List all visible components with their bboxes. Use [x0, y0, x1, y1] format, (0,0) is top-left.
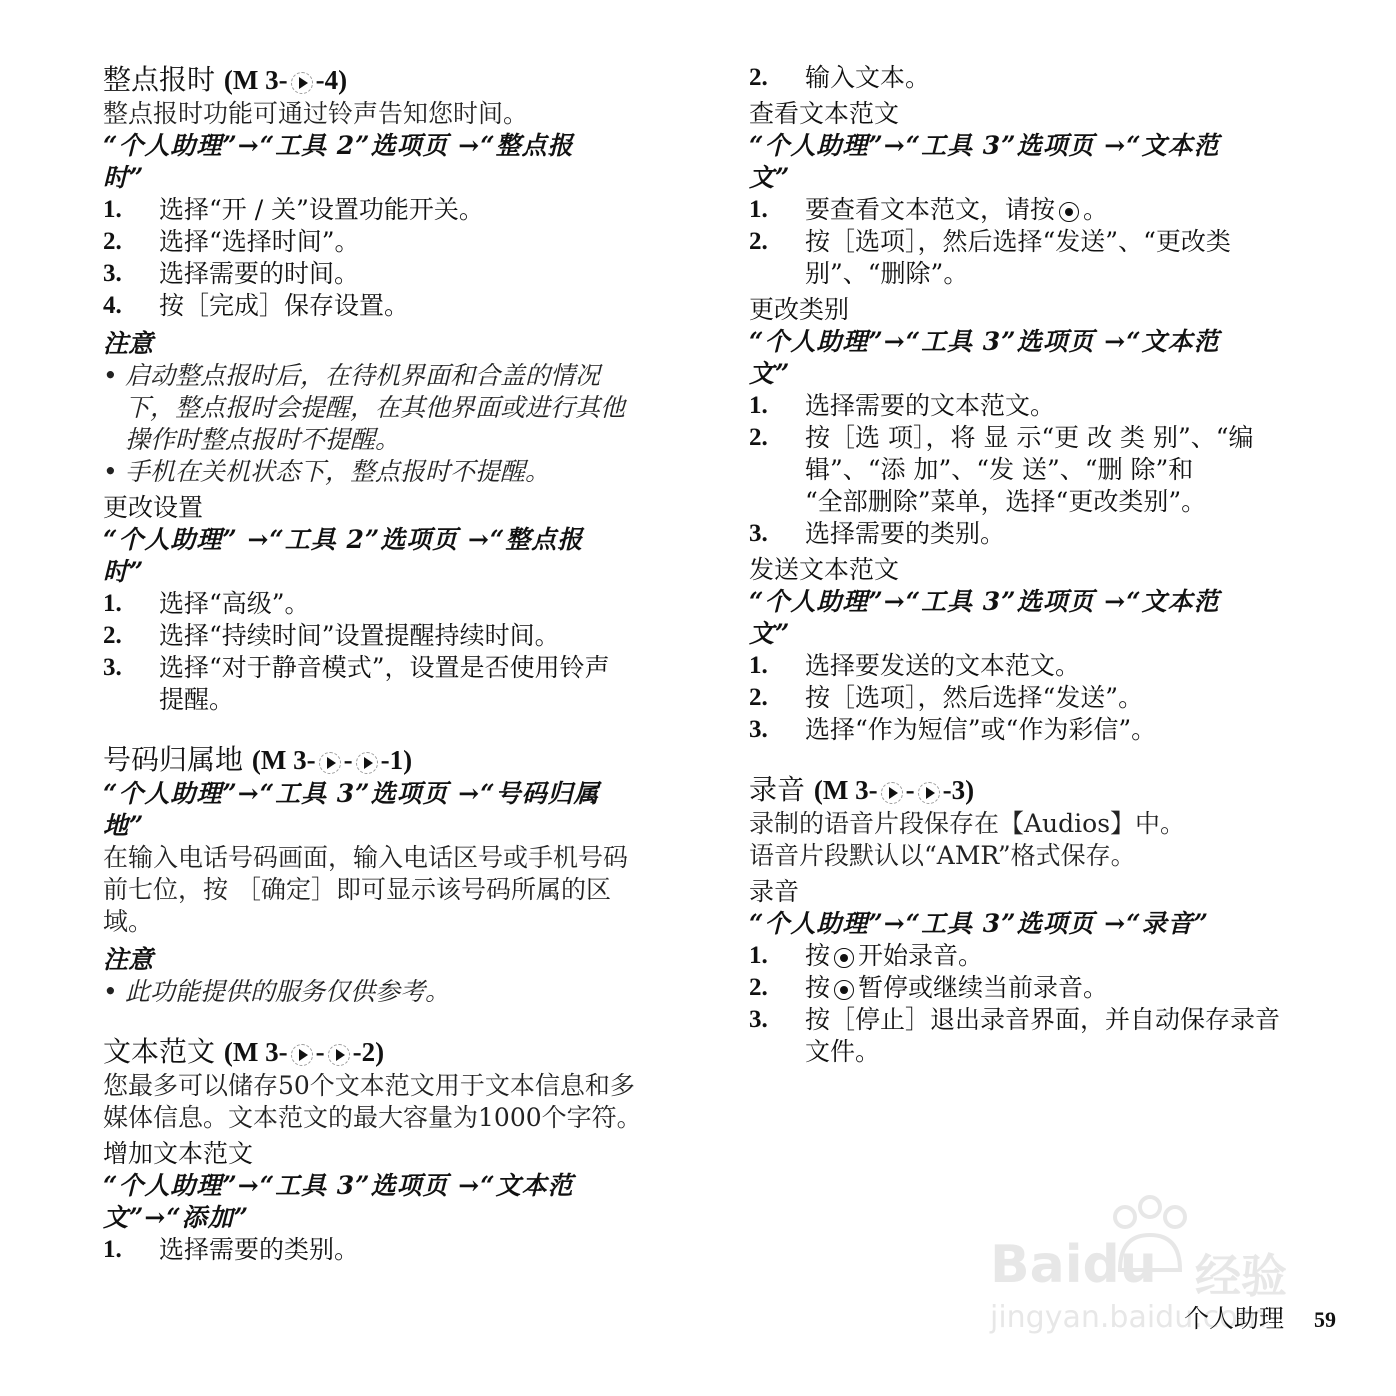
menu-path: “个人助理”→“工具 3”选项页 →“录音” — [749, 908, 1349, 940]
note-title: 注意 — [103, 328, 703, 360]
subsection-heading: 查看文本范文 — [749, 98, 1349, 130]
menu-path: “个人助理”→“工具 3”选项页 →“文本范 文” — [749, 130, 1349, 194]
section-description: 整点报时功能可通过铃声告知您时间。 — [103, 98, 703, 130]
menu-path: “个人助理”→“工具 2”选项页 →“整点报 时” — [103, 130, 703, 194]
step-item: 1.选择需要的类别。 — [103, 1234, 703, 1266]
step-item: 3.选择需要的类别。 — [749, 518, 1349, 550]
menu-path: “个人助理”→“工具 3”选项页 →“号码归属 地” — [103, 778, 703, 842]
step-item: 2.选择“选择时间”。 — [103, 226, 703, 258]
note-item: • 启动整点报时后，在待机界面和合盖的情况 下，整点报时会提醒，在其他界面或进行… — [103, 360, 703, 456]
ok-button-icon — [834, 948, 854, 968]
step-item: 3.选择“对于静音模式”，设置是否使用铃声提醒。 — [103, 652, 703, 716]
step-item: 1.选择“开 / 关”设置功能开关。 — [103, 194, 703, 226]
page-footer: 个人助理59 — [1184, 1303, 1336, 1336]
menu-code: (M 3---3) — [814, 775, 974, 805]
step-item: 1.选择要发送的文本范文。 — [749, 650, 1349, 682]
right-arrow-icon — [291, 72, 313, 94]
right-arrow-icon — [291, 1044, 313, 1066]
step-item: 2.输入文本。 — [749, 62, 1349, 94]
right-arrow-icon — [328, 1044, 350, 1066]
section-heading-hourly-chime: 整点报时 (M 3--4) — [103, 62, 703, 98]
right-column: 2.输入文本。 查看文本范文 “个人助理”→“工具 3”选项页 →“文本范 文”… — [749, 62, 1349, 1068]
ok-button-icon — [834, 980, 854, 1000]
menu-code: (M 3---2) — [224, 1037, 384, 1067]
paw-logo-icon — [1090, 1195, 1210, 1275]
step-item: 1.选择“高级”。 — [103, 588, 703, 620]
section-description: 在输入电话号码画面，输入电话区号或手机号码 前七位，按 ［确定］即可显示该号码所… — [103, 842, 703, 938]
step-item: 4.按［完成］保存设置。 — [103, 290, 703, 322]
left-column: 整点报时 (M 3--4) 整点报时功能可通过铃声告知您时间。 “个人助理”→“… — [103, 62, 703, 1266]
footer-section-title: 个人助理 — [1184, 1304, 1284, 1333]
step-list: 1.选择“高级”。 2.选择“持续时间”设置提醒持续时间。 3.选择“对于静音模… — [103, 588, 703, 716]
step-list: 1.选择“开 / 关”设置功能开关。 2.选择“选择时间”。 3.选择需要的时间… — [103, 194, 703, 322]
menu-code: (M 3---1) — [252, 745, 412, 775]
right-arrow-icon — [356, 752, 378, 774]
step-item: 2.按暂停或继续当前录音。 — [749, 972, 1349, 1004]
step-item: 3.选择需要的时间。 — [103, 258, 703, 290]
subsection-heading: 增加文本范文 — [103, 1138, 703, 1170]
step-item: 2.选择“持续时间”设置提醒持续时间。 — [103, 620, 703, 652]
note-item: • 此功能提供的服务仅供参考。 — [103, 976, 703, 1008]
right-arrow-icon — [881, 782, 903, 804]
section-heading-number-location: 号码归属地 (M 3---1) — [103, 742, 703, 778]
section-heading-recording: 录音 (M 3---3) — [749, 772, 1349, 808]
step-item: 1.按开始录音。 — [749, 940, 1349, 972]
menu-code: (M 3--4) — [224, 65, 347, 95]
step-item: 1.要查看文本范文，请按。 — [749, 194, 1349, 226]
page-number: 59 — [1314, 1307, 1336, 1332]
step-item: 2.按［选项］，然后选择“发送”、“更改类别”、“删除”。 — [749, 226, 1349, 290]
section-description: 您最多可以储存50个文本范文用于文本信息和多 媒体信息。文本范文的最大容量为10… — [103, 1070, 703, 1134]
menu-path: “个人助理”→“工具 3”选项页 →“文本范 文” — [749, 326, 1349, 390]
menu-path: “个人助理” →“工具 2”选项页 →“整点报 时” — [103, 524, 703, 588]
note-item: • 手机在关机状态下，整点报时不提醒。 — [103, 456, 703, 488]
step-item: 2.按［选项］，然后选择“发送”。 — [749, 682, 1349, 714]
subsection-heading: 更改设置 — [103, 492, 703, 524]
subsection-heading: 发送文本范文 — [749, 554, 1349, 586]
step-item: 1.选择需要的文本范文。 — [749, 390, 1349, 422]
ok-button-icon — [1059, 202, 1079, 222]
section-description: 录制的语音片段保存在【Audios】中。 语音片段默认以“AMR”格式保存。 — [749, 808, 1349, 872]
section-heading-text-templates: 文本范文 (M 3---2) — [103, 1034, 703, 1070]
step-item: 2.按［选 项］，将 显 示“更 改 类 别”、“编辑”、“添 加”、“发 送”… — [749, 422, 1349, 518]
note-title: 注意 — [103, 944, 703, 976]
right-arrow-icon — [319, 752, 341, 774]
step-item: 3.按［停止］退出录音界面，并自动保存录音文件。 — [749, 1004, 1349, 1068]
step-item: 3.选择“作为短信”或“作为彩信”。 — [749, 714, 1349, 746]
subsection-heading: 录音 — [749, 876, 1349, 908]
subsection-heading: 更改类别 — [749, 294, 1349, 326]
menu-path: “个人助理”→“工具 3”选项页 →“文本范 文”→“添加” — [103, 1170, 703, 1234]
menu-path: “个人助理”→“工具 3”选项页 →“文本范 文” — [749, 586, 1349, 650]
right-arrow-icon — [918, 782, 940, 804]
